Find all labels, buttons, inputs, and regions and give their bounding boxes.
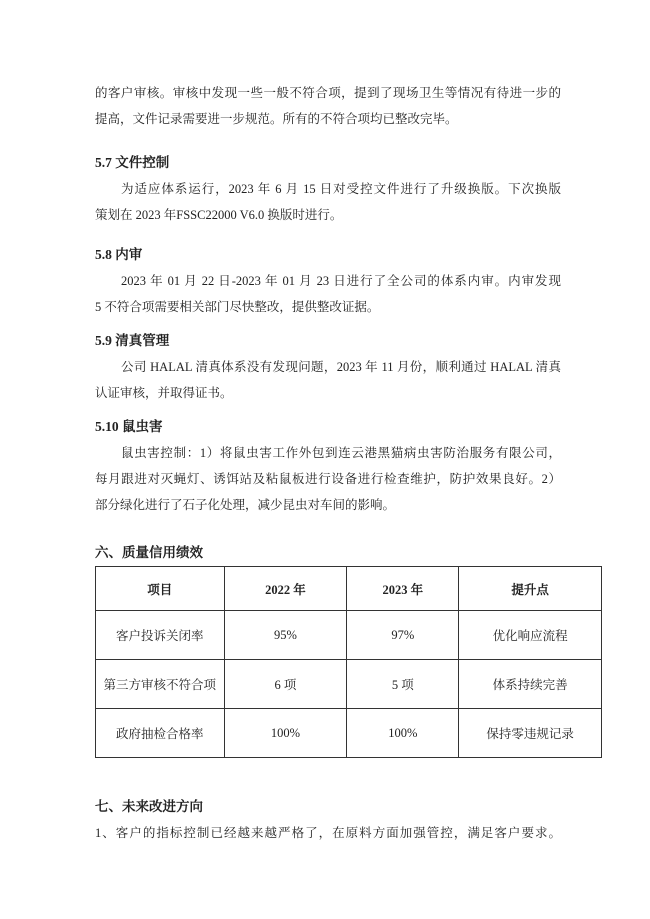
paragraph-continuation: 的客户审核。审核中发现一些一般不符合项，提到了现场卫生等情况有待进一步的 提高，… bbox=[95, 80, 561, 132]
heading-5-10: 5.10 鼠虫害 bbox=[95, 414, 650, 440]
section-5-7-body: 为适应体系运行，2023 年 6 月 15 日对受控文件进行了升级换版。下次换版… bbox=[95, 176, 561, 228]
section-5-9-body: 公司 HALAL 清真体系没有发现问题，2023 年 11 月份，顺利通过 HA… bbox=[95, 354, 561, 406]
table-header-row: 项目 2022 年 2023 年 提升点 bbox=[96, 567, 602, 611]
paragraph-line: 提高，文件记录需要进一步规范。所有的不符合项均已整改完毕。 bbox=[95, 106, 561, 132]
heading-6: 六、质量信用绩效 bbox=[95, 540, 650, 566]
table-cell: 6 项 bbox=[224, 660, 347, 709]
paragraph-line: 部分绿化进行了石子化处理，减少昆虫对车间的影响。 bbox=[95, 492, 561, 518]
paragraph-line: 每月跟进对灭蝇灯、诱饵站及粘鼠板进行设备进行检查维护，防护效果良好。2） bbox=[95, 466, 561, 492]
table-header-cell: 提升点 bbox=[459, 567, 602, 611]
heading-5-7: 5.7 文件控制 bbox=[95, 150, 650, 176]
table-row: 客户投诉关闭率 95% 97% 优化响应流程 bbox=[96, 611, 602, 660]
table-cell: 客户投诉关闭率 bbox=[96, 611, 225, 660]
paragraph-line: 5 不符合项需要相关部门尽快整改，提供整改证据。 bbox=[95, 294, 561, 320]
paragraph-line: 的客户审核。审核中发现一些一般不符合项，提到了现场卫生等情况有待进一步的 bbox=[95, 80, 561, 106]
section-5-8-body: 2023 年 01 月 22 日-2023 年 01 月 23 日进行了全公司的… bbox=[95, 268, 561, 320]
paragraph-line: 1、客户的指标控制已经越来越严格了，在原料方面加强管控，满足客户要求。 bbox=[95, 820, 561, 846]
paragraph-line: 策划在 2023 年FSSC22000 V6.0 换版时进行。 bbox=[95, 202, 561, 228]
table-cell: 保持零违规记录 bbox=[459, 709, 602, 758]
section-5-10-body: 鼠虫害控制：1）将鼠虫害工作外包到连云港黑猫病虫害防治服务有限公司， 每月跟进对… bbox=[95, 440, 561, 518]
table-cell: 100% bbox=[347, 709, 459, 758]
quality-credit-table: 项目 2022 年 2023 年 提升点 客户投诉关闭率 95% 97% 优化响… bbox=[95, 566, 602, 758]
table-cell: 5 项 bbox=[347, 660, 459, 709]
document-page: 的客户审核。审核中发现一些一般不符合项，提到了现场卫生等情况有待进一步的 提高，… bbox=[0, 0, 650, 919]
section-7-body: 1、客户的指标控制已经越来越严格了，在原料方面加强管控，满足客户要求。 bbox=[95, 820, 561, 846]
paragraph-line: 2023 年 01 月 22 日-2023 年 01 月 23 日进行了全公司的… bbox=[95, 268, 561, 294]
table-cell: 95% bbox=[224, 611, 347, 660]
table-cell: 97% bbox=[347, 611, 459, 660]
table-header-cell: 2022 年 bbox=[224, 567, 347, 611]
table-cell: 政府抽检合格率 bbox=[96, 709, 225, 758]
table-cell: 优化响应流程 bbox=[459, 611, 602, 660]
heading-5-8: 5.8 内审 bbox=[95, 242, 650, 268]
table-cell: 体系持续完善 bbox=[459, 660, 602, 709]
table-cell: 第三方审核不符合项 bbox=[96, 660, 225, 709]
paragraph-line: 认证审核，并取得证书。 bbox=[95, 380, 561, 406]
heading-7: 七、未来改进方向 bbox=[95, 794, 650, 820]
table-row: 第三方审核不符合项 6 项 5 项 体系持续完善 bbox=[96, 660, 602, 709]
table-header-cell: 项目 bbox=[96, 567, 225, 611]
paragraph-line: 为适应体系运行，2023 年 6 月 15 日对受控文件进行了升级换版。下次换版 bbox=[95, 176, 561, 202]
table-row: 政府抽检合格率 100% 100% 保持零违规记录 bbox=[96, 709, 602, 758]
paragraph-line: 公司 HALAL 清真体系没有发现问题，2023 年 11 月份，顺利通过 HA… bbox=[95, 354, 561, 380]
heading-5-9: 5.9 清真管理 bbox=[95, 328, 650, 354]
paragraph-line: 鼠虫害控制：1）将鼠虫害工作外包到连云港黑猫病虫害防治服务有限公司， bbox=[95, 440, 561, 466]
table-cell: 100% bbox=[224, 709, 347, 758]
table-header-cell: 2023 年 bbox=[347, 567, 459, 611]
